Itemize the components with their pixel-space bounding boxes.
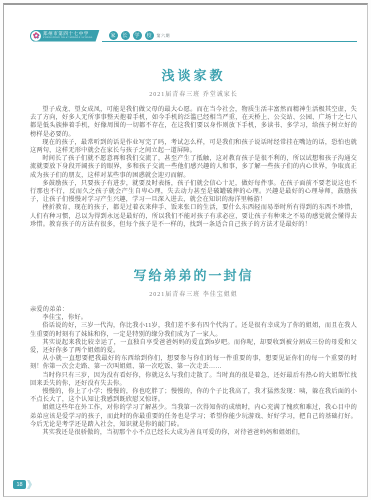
paragraph: 挫折教育，现在的孩子，都是过着衣来伸手、饭来张口的生活，要什么东西轻而易举时所有… [30, 204, 357, 229]
article-title: 写给弟弟的一封信 [30, 265, 357, 284]
badge-circle: 家 [109, 31, 118, 40]
paragraph: 从小就一直想要把我最好的东西给到你们，想要参与你们的每一件重要的事，想要见证你们… [30, 355, 357, 371]
article-body: 望子成龙、望女成凤，可能是我们做父母的最大心愿。而在当今社会，物质生活丰富然而精… [30, 106, 357, 229]
article-body: 亲爱的弟弟： 李佳宝，你好。 俗话说的好，三岁一代沟，你比我小11岁，我们差不多… [30, 306, 357, 437]
paragraph: 慢慢的，你上了小学；慢慢的，你也吃胖了；慢慢的，你的个子比我高了，我才猛然发现：… [30, 388, 357, 404]
paragraph: 当时你只有三岁，因为没有看好你，你就这么与我们走散了。当时真的很是着急，还好最后… [30, 372, 357, 388]
article-byline: 2021届青春三班 李佳宝姐姐 [30, 289, 357, 298]
school-banner: ✿ 郑州市第四十七中学 ZHENGZHOU NO.47 MIDDLE SCHOO… [30, 30, 100, 42]
flower-emblem-icon: ✿ [33, 32, 40, 40]
school-name-block: 郑州市第四十七中学 ZHENGZHOU NO.47 MIDDLE SCHOOL [43, 32, 93, 40]
issue-label: 第六期 [157, 33, 171, 39]
article-family-education: 浅谈家教 2021届青春三班 乔堂诚家长 望子成龙、望女成凤，可能是我们做父母的… [30, 65, 357, 229]
paragraph: 望子成龙、望女成凤，可能是我们做父母的最大心愿。而在当今社会，物质生活丰富然而精… [30, 106, 357, 139]
paragraph: 俗话说的好，三岁一代沟，你比我小11岁，我们差不多有四个代沟了。还是很有幸成为了… [30, 322, 357, 338]
masthead-badges: 家 长 学 校 [109, 31, 154, 40]
article-byline: 2021届青春三班 乔堂诚家长 [30, 89, 357, 98]
paragraph: 姐姐这些年在外工作，对你的学习了解甚少。当我第一次得知你的成绩时，内心充满了愧疚… [30, 404, 357, 429]
paragraph: 现在的孩子，最常听到的话是作业写完了吗，考试怎么样，可是我们和孩子说话时经常挂在… [30, 139, 357, 155]
paragraph: 其实说起来我比较幸运了，一直独自享受爸爸妈妈的爱直到9岁吧。而你呢，却要收到被分… [30, 339, 357, 355]
badge-circle: 校 [145, 31, 154, 40]
paragraph: 多鼓励孩子，只要孩子有进步，就要及时表扬，孩子们就会信心十足，做好每件事。在孩子… [30, 180, 357, 205]
article-title: 浅谈家教 [30, 65, 357, 84]
page-number-block: 18 [13, 480, 32, 489]
school-name-en: ZHENGZHOU NO.47 MIDDLE SCHOOL [43, 37, 93, 40]
paragraph: 其实我还是很骄傲的，当初那个小不点已经长大成为善良可爱的你，对待爸爸妈妈和姐姐们… [30, 429, 357, 437]
paragraph: 时间长了孩子们就不愿意再和我们交流了，甚至产生了抵触，这对教育孩子是很不利的，所… [30, 155, 357, 180]
page-content: ✿ 郑州市第四十七中学 ZHENGZHOU NO.47 MIDDLE SCHOO… [30, 29, 357, 437]
masthead: ✿ 郑州市第四十七中学 ZHENGZHOU NO.47 MIDDLE SCHOO… [30, 29, 357, 42]
badge-circle: 长 [121, 31, 130, 40]
badge-circle: 学 [133, 31, 142, 40]
school-logo-icon: ✿ [31, 31, 41, 41]
masthead-rule [102, 41, 357, 42]
page-number-flag-icon [27, 480, 32, 489]
article-letter-to-brother: 写给弟弟的一封信 2021届青春三班 李佳宝姐姐 亲爱的弟弟： 李佳宝，你好。 … [30, 265, 357, 437]
page-number: 18 [13, 480, 26, 489]
